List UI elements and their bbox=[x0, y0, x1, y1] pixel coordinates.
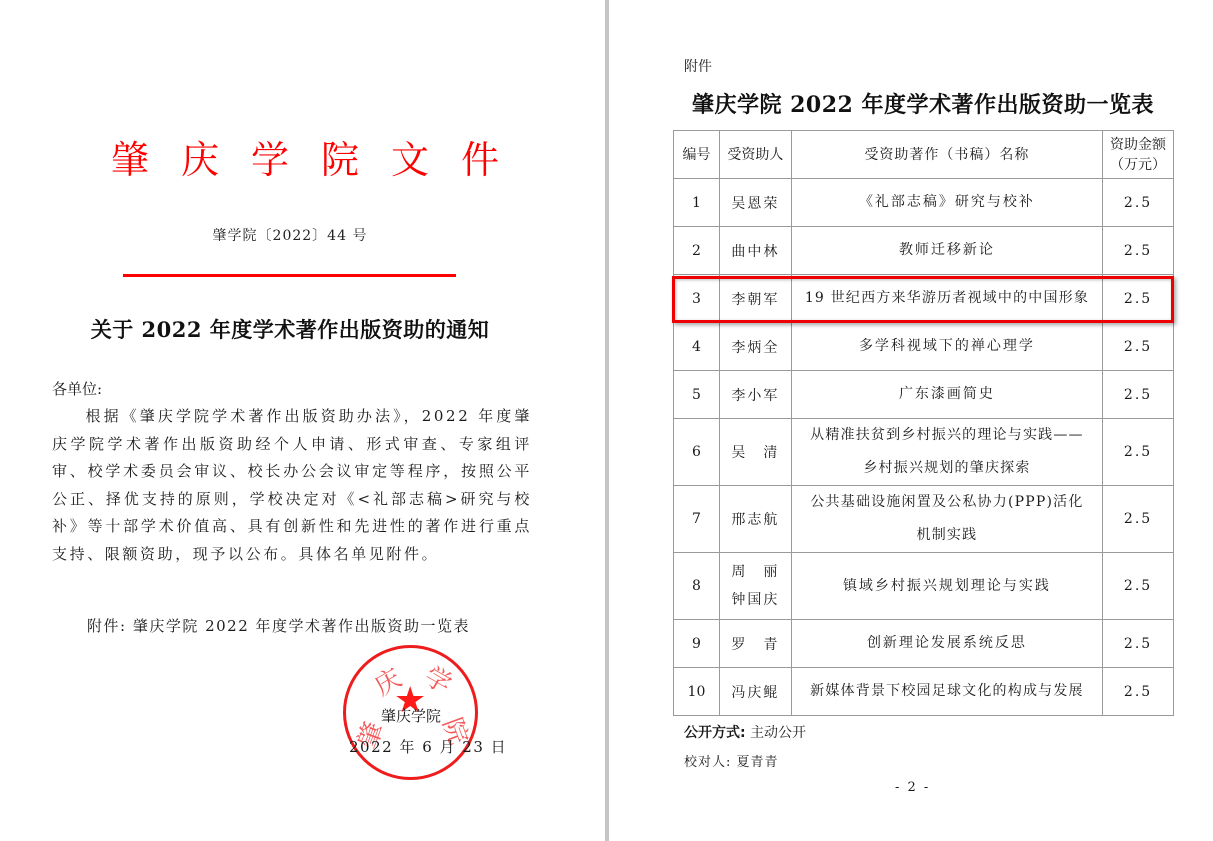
signature-date: 2022 年 6 月 23 日 bbox=[349, 736, 507, 757]
disclosure-method: 公开方式: 主动公开 bbox=[684, 722, 806, 742]
cell-no: 7 bbox=[674, 486, 720, 553]
recipient-line1: 周 丽 bbox=[722, 558, 789, 586]
cell-no: 6 bbox=[674, 419, 720, 486]
document-header: 肇庆学院文件 bbox=[60, 138, 550, 182]
table-row-highlighted: 3 李朝军 19 世纪西方来华游历者视域中的中国形象 2.5 bbox=[674, 275, 1174, 323]
attachment-label: 附件 bbox=[684, 56, 712, 76]
cell-recipient: 罗 青 bbox=[719, 620, 791, 668]
header-work-title: 受资助著作（书稿）名称 bbox=[791, 131, 1102, 179]
table-row: 5 李小军 广东漆画简史 2.5 bbox=[674, 371, 1174, 419]
attachment-note: 附件: 肇庆学院 2022 年度学术著作出版资助一览表 bbox=[87, 615, 470, 636]
cell-work-title: 《礼部志稿》研究与校补 bbox=[791, 179, 1102, 227]
work-title-line1: 公共基础设施闲置及公私协力(PPP)活化 bbox=[810, 494, 1083, 510]
table-header-row: 编号 受资助人 受资助著作（书稿）名称 资助金额 （万元） bbox=[674, 131, 1174, 179]
cell-recipient: 冯庆鲲 bbox=[719, 668, 791, 716]
cell-recipient: 吴 清 bbox=[719, 419, 791, 486]
cell-no: 4 bbox=[674, 323, 720, 371]
cell-amount: 2.5 bbox=[1103, 668, 1174, 716]
table-row: 4 李炳全 多学科视域下的禅心理学 2.5 bbox=[674, 323, 1174, 371]
document-number: 肇学院〔2022〕44 号 bbox=[0, 225, 580, 245]
cell-work-title: 教师迁移新论 bbox=[791, 227, 1102, 275]
cell-work-title: 镇域乡村振兴规划理论与实践 bbox=[791, 553, 1102, 620]
cell-recipient: 邢志航 bbox=[719, 486, 791, 553]
cell-work-title: 新媒体背景下校园足球文化的构成与发展 bbox=[791, 668, 1102, 716]
header-amount-line2: （万元） bbox=[1110, 157, 1166, 173]
header-recipient: 受资助人 bbox=[719, 131, 791, 179]
recipient-line2: 钟国庆 bbox=[722, 586, 789, 614]
header-amount-line1: 资助金额 bbox=[1110, 137, 1166, 153]
cell-work-title: 公共基础设施闲置及公私协力(PPP)活化 机制实践 bbox=[791, 486, 1102, 553]
cell-no: 10 bbox=[674, 668, 720, 716]
proofreader: 校对人: 夏青青 bbox=[684, 751, 779, 770]
header-amount: 资助金额 （万元） bbox=[1103, 131, 1174, 179]
table-row: 7 邢志航 公共基础设施闲置及公私协力(PPP)活化 机制实践 2.5 bbox=[674, 486, 1174, 553]
cell-amount: 2.5 bbox=[1103, 620, 1174, 668]
signature-organization: 肇庆学院 bbox=[381, 705, 441, 726]
cell-amount: 2.5 bbox=[1103, 179, 1174, 227]
cell-work-title: 广东漆画简史 bbox=[791, 371, 1102, 419]
cell-no: 2 bbox=[674, 227, 720, 275]
salutation: 各单位: bbox=[52, 378, 102, 399]
cell-work-title: 多学科视域下的禅心理学 bbox=[791, 323, 1102, 371]
cell-amount: 2.5 bbox=[1103, 275, 1174, 323]
notice-body-text: 根据《肇庆学院学术著作出版资助办法》，2022 年度肇庆学院学术著作出版资助经个… bbox=[52, 407, 532, 563]
work-title-line2: 乡村振兴规划的肇庆探索 bbox=[863, 460, 1030, 476]
cell-recipient: 周 丽 钟国庆 bbox=[719, 553, 791, 620]
cell-amount: 2.5 bbox=[1103, 486, 1174, 553]
cell-amount: 2.5 bbox=[1103, 371, 1174, 419]
header-no: 编号 bbox=[674, 131, 720, 179]
table-row: 1 吴恩荣 《礼部志稿》研究与校补 2.5 bbox=[674, 179, 1174, 227]
work-title-line2: 机制实践 bbox=[917, 527, 978, 543]
cell-recipient: 李朝军 bbox=[719, 275, 791, 323]
notice-page: 肇庆学院文件 肇学院〔2022〕44 号 关于 2022 年度学术著作出版资助的… bbox=[0, 0, 605, 841]
work-title-line1: 从精准扶贫到乡村振兴的理论与实践—— bbox=[810, 427, 1084, 443]
red-divider-line bbox=[123, 274, 456, 277]
cell-work-title: 创新理论发展系统反思 bbox=[791, 620, 1102, 668]
notice-body: 根据《肇庆学院学术著作出版资助办法》，2022 年度肇庆学院学术著作出版资助经个… bbox=[52, 403, 532, 568]
grant-table: 编号 受资助人 受资助著作（书稿）名称 资助金额 （万元） 1 吴恩荣 《礼部志… bbox=[673, 130, 1174, 716]
cell-amount: 2.5 bbox=[1103, 323, 1174, 371]
page-number: - 2 - bbox=[895, 780, 930, 795]
cell-no: 1 bbox=[674, 179, 720, 227]
cell-no: 8 bbox=[674, 553, 720, 620]
cell-no: 5 bbox=[674, 371, 720, 419]
table-row: 6 吴 清 从精准扶贫到乡村振兴的理论与实践—— 乡村振兴规划的肇庆探索 2.5 bbox=[674, 419, 1174, 486]
disclosure-value: 主动公开 bbox=[750, 725, 806, 741]
disclosure-label: 公开方式: bbox=[684, 725, 746, 741]
notice-title: 关于 2022 年度学术著作出版资助的通知 bbox=[0, 314, 580, 344]
cell-recipient: 吴恩荣 bbox=[719, 179, 791, 227]
cell-no: 3 bbox=[674, 275, 720, 323]
cell-recipient: 李小军 bbox=[719, 371, 791, 419]
cell-recipient: 李炳全 bbox=[719, 323, 791, 371]
cell-amount: 2.5 bbox=[1103, 227, 1174, 275]
cell-work-title: 从精准扶贫到乡村振兴的理论与实践—— 乡村振兴规划的肇庆探索 bbox=[791, 419, 1102, 486]
table-row: 8 周 丽 钟国庆 镇域乡村振兴规划理论与实践 2.5 bbox=[674, 553, 1174, 620]
cell-work-title: 19 世纪西方来华游历者视域中的中国形象 bbox=[791, 275, 1102, 323]
table-row: 2 曲中林 教师迁移新论 2.5 bbox=[674, 227, 1174, 275]
table-row: 9 罗 青 创新理论发展系统反思 2.5 bbox=[674, 620, 1174, 668]
cell-amount: 2.5 bbox=[1103, 419, 1174, 486]
cell-no: 9 bbox=[674, 620, 720, 668]
cell-amount: 2.5 bbox=[1103, 553, 1174, 620]
table-title: 肇庆学院 2022 年度学术著作出版资助一览表 bbox=[673, 88, 1173, 119]
cell-recipient: 曲中林 bbox=[719, 227, 791, 275]
table-row: 10 冯庆鲲 新媒体背景下校园足球文化的构成与发展 2.5 bbox=[674, 668, 1174, 716]
